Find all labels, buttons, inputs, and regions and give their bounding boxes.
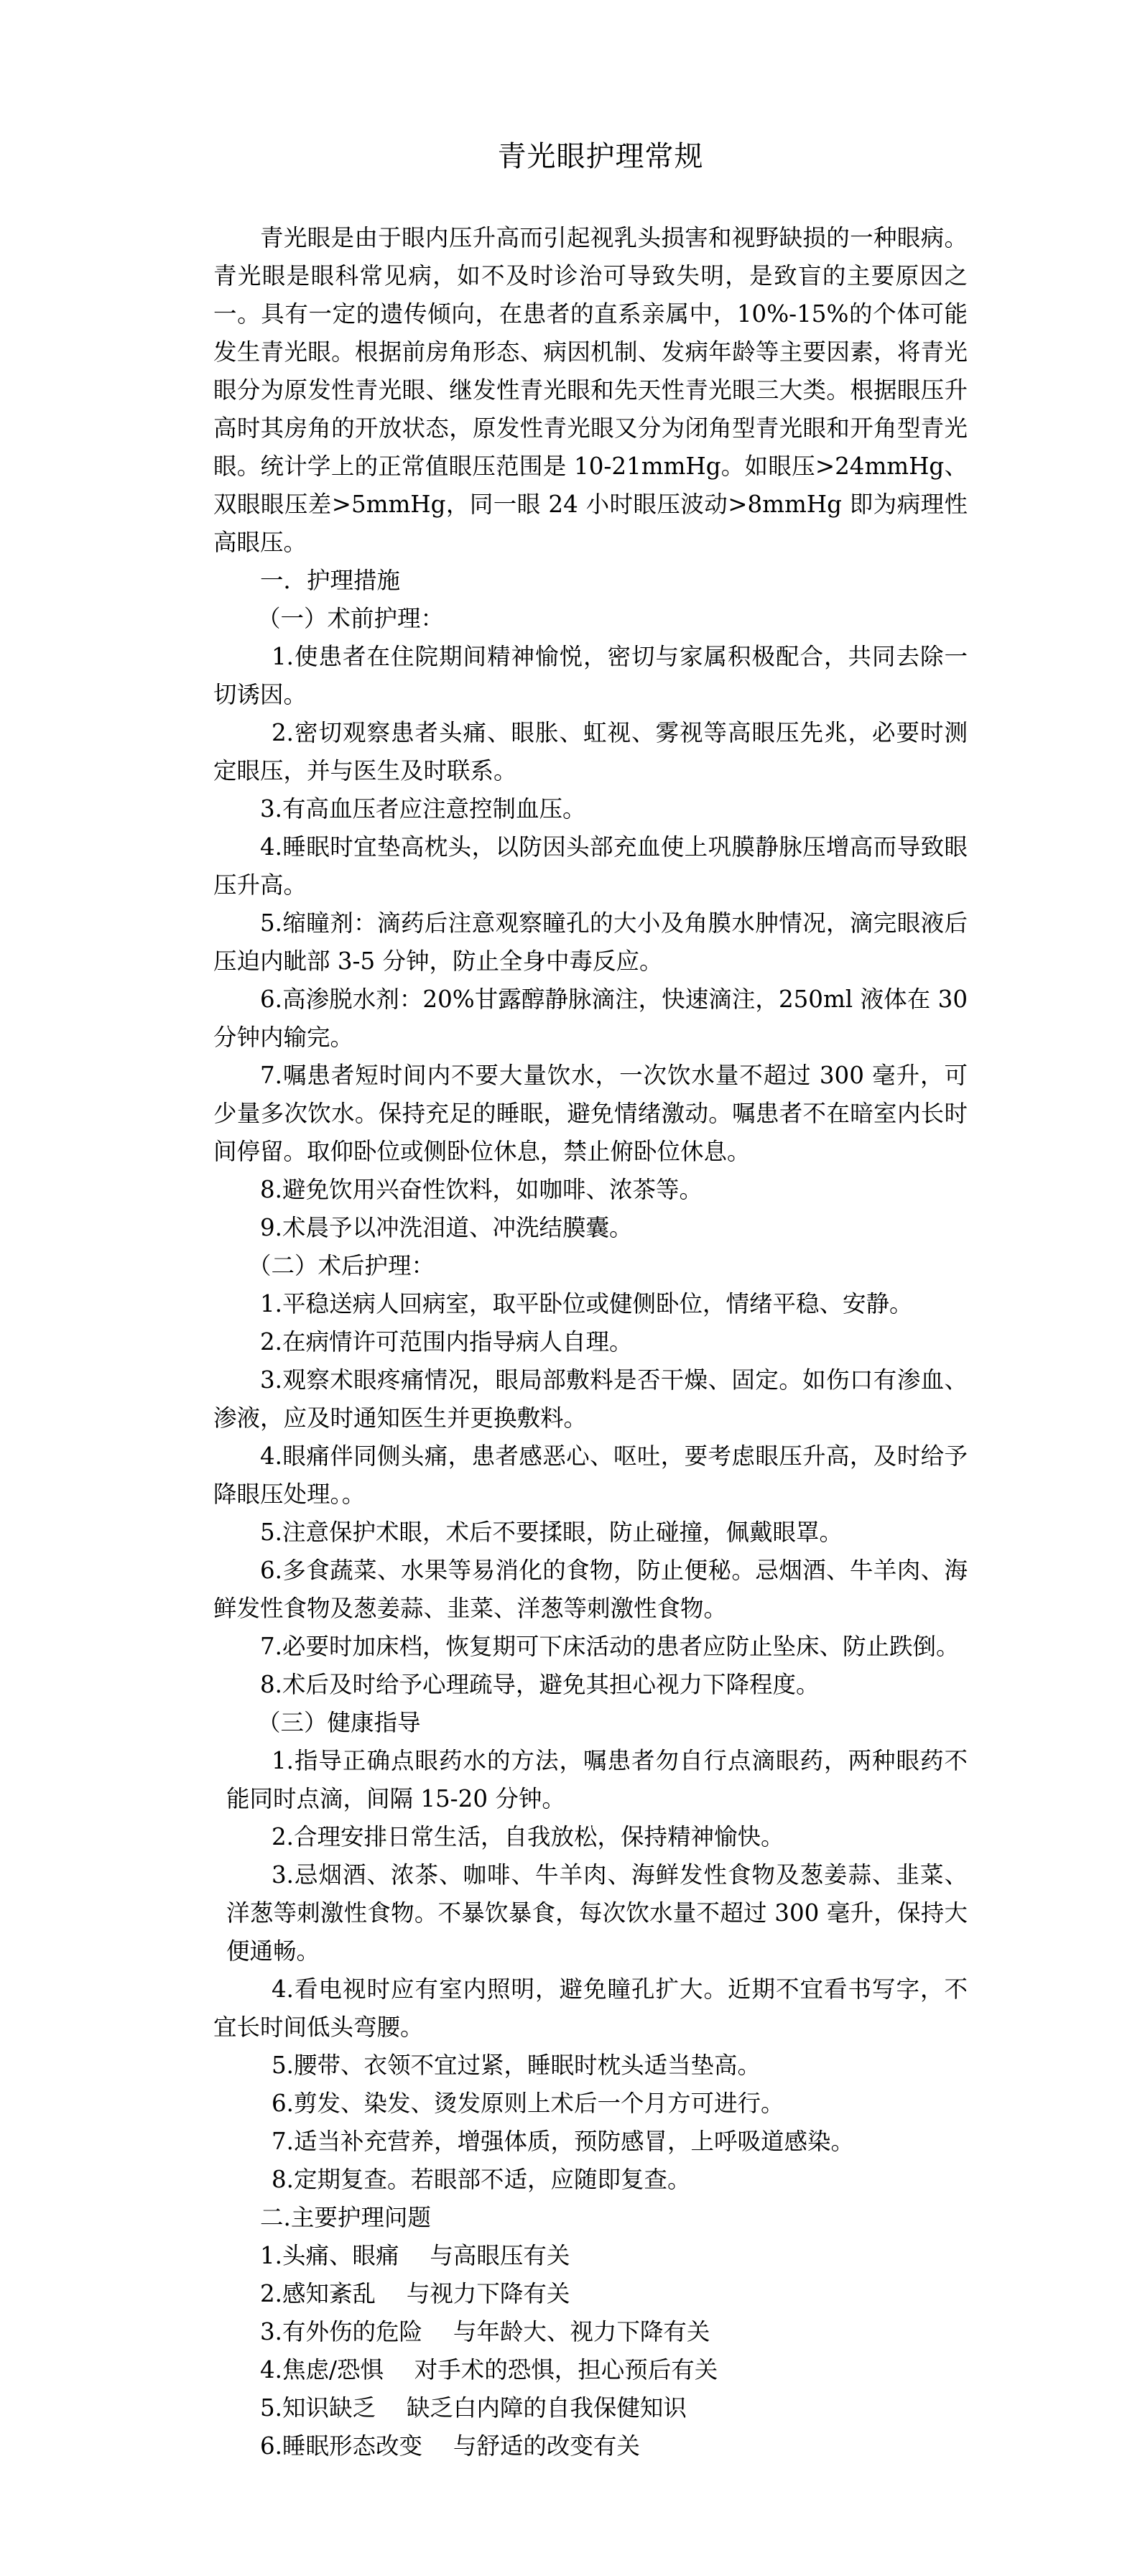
intro-paragraph: 青光眼是由于眼内压升高而引起视乳头损害和视野缺损的一种眼病。青光眼是眼科常见病，… [213,219,968,562]
health-item-5: 5.腰带、衣领不宜过紧，睡眠时枕头适当垫高。 [213,2047,968,2085]
postop-item-3: 3.观察术眼疼痛情况，眼局部敷料是否干燥、固定。如伤口有渗血、渗液，应及时通知医… [213,1361,968,1437]
problem-item-3: 3.有外伤的危险 与年龄大、视力下降有关 [213,2313,968,2351]
health-item-1: 1.指导正确点眼药水的方法，嘱患者勿自行点滴眼药，两种眼药不能同时点滴，间隔 1… [213,1742,968,1818]
problem-item-4: 4.焦虑/恐惧 对手术的恐惧，担心预后有关 [213,2351,968,2389]
problem-item-5: 5.知识缺乏 缺乏白内障的自我保健知识 [213,2389,968,2427]
health-item-2: 2.合理安排日常生活，自我放松，保持精神愉快。 [213,1818,968,1856]
problem-item-6: 6.睡眠形态改变 与舒适的改变有关 [213,2427,968,2465]
postop-item-6: 6.多食蔬菜、水果等易消化的食物，防止便秘。忌烟酒、牛羊肉、海鲜发性食物及葱姜蒜… [213,1552,968,1628]
subsection-heading-preop: （一）术前护理： [213,600,968,638]
health-item-3: 3.忌烟酒、浓茶、咖啡、牛羊肉、海鲜发性食物及葱姜蒜、韭菜、洋葱等刺激性食物。不… [213,1856,968,1970]
postop-item-7: 7.必要时加床档，恢复期可下床活动的患者应防止坠床、防止跌倒。 [213,1628,968,1666]
health-item-4: 4.看电视时应有室内照明，避免瞳孔扩大。近期不宜看书写字，不宜长时间低头弯腰。 [213,1970,968,2047]
preop-item-1: 1.使患者在住院期间精神愉悦，密切与家属积极配合，共同去除一切诱因。 [213,638,968,714]
document-body: 青光眼是由于眼内压升高而引起视乳头损害和视野缺损的一种眼病。青光眼是眼科常见病，… [213,219,968,2465]
preop-item-6: 6.高渗脱水剂：20%甘露醇静脉滴注，快速滴注，250ml 液体在 30 分钟内… [213,981,968,1057]
subsection-heading-postop: （二）术后护理： [213,1247,968,1285]
preop-item-2: 2.密切观察患者头痛、眼胀、虹视、雾视等高眼压先兆，必要时测定眼压，并与医生及时… [213,714,968,790]
preop-item-5: 5.缩瞳剂：滴药后注意观察瞳孔的大小及角膜水肿情况，滴完眼液后压迫内眦部 3-5… [213,904,968,981]
postop-item-5: 5.注意保护术眼，术后不要揉眼，防止碰撞，佩戴眼罩。 [213,1514,968,1552]
health-item-7: 7.适当补充营养，增强体质，预防感冒，上呼吸道感染。 [213,2123,968,2161]
preop-item-9: 9.术晨予以冲洗泪道、冲洗结膜囊。 [213,1209,968,1247]
section-heading-nursing-measures: 一．护理措施 [213,562,968,600]
section-heading-main-nursing-problems: 二.主要护理问题 [213,2199,968,2237]
postop-item-4: 4.眼痛伴同侧头痛，患者感恶心、呕吐，要考虑眼压升高，及时给予降眼压处理。。 [213,1437,968,1514]
preop-item-3: 3.有高血压者应注意控制血压。 [213,790,968,828]
postop-item-1: 1.平稳送病人回病室，取平卧位或健侧卧位，情绪平稳、安静。 [213,1285,968,1323]
subsection-heading-health-guidance: （三）健康指导 [213,1704,968,1742]
health-item-6: 6.剪发、染发、烫发原则上术后一个月方可进行。 [213,2085,968,2123]
document-title: 青光眼护理常规 [213,135,988,178]
postop-item-8: 8.术后及时给予心理疏导，避免其担心视力下降程度。 [213,1666,968,1704]
problem-item-2: 2.感知紊乱 与视力下降有关 [213,2275,968,2313]
preop-item-7: 7.嘱患者短时间内不要大量饮水，一次饮水量不超过 300 毫升，可少量多次饮水。… [213,1057,968,1171]
preop-item-4: 4.睡眠时宜垫高枕头，以防因头部充血使上巩膜静脉压增高而导致眼压升高。 [213,828,968,904]
preop-item-8: 8.避免饮用兴奋性饮料，如咖啡、浓茶等。 [213,1171,968,1209]
problem-item-1: 1.头痛、眼痛 与高眼压有关 [213,2237,968,2275]
health-item-8: 8.定期复查。若眼部不适，应随即复查。 [213,2161,968,2199]
postop-item-2: 2.在病情许可范围内指导病人自理。 [213,1323,968,1361]
